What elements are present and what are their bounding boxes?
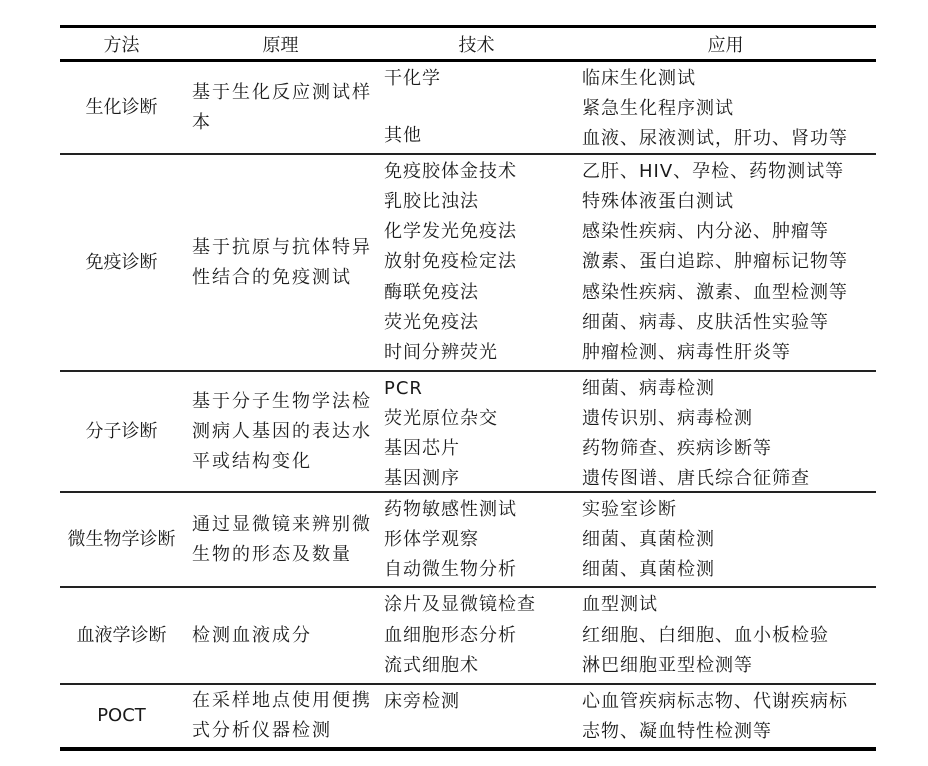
technique-cell: 涂片及显微镜检查 血细胞形态分析 流式细胞术: [378, 588, 575, 683]
application-item: 红细胞、白细胞、血小板检验: [582, 621, 876, 651]
technique-item: 自动微生物分析: [384, 555, 575, 585]
technique-item: 药物敏感性测试: [384, 495, 575, 525]
table-row: POCT 在采样地点使用便携式分析仪器检测 床旁检测 心血管疾病标志物、代谢疾病…: [60, 685, 876, 747]
application-item: 志物、凝血特性检测等: [582, 717, 876, 747]
table-row: 血液学诊断 检测血液成分 涂片及显微镜检查 血细胞形态分析 流式细胞术 血型测试…: [60, 588, 876, 683]
application-item: 细菌、病毒检测: [582, 374, 876, 404]
application-item: 实验室诊断: [582, 495, 876, 525]
technique-cell: 免疫胶体金技术 乳胶比浊法 化学发光免疫法 放射免疫检定法 酶联免疫法 荧光免疫…: [378, 155, 575, 370]
application-item: 肿瘤检测、病毒性肝炎等: [582, 338, 876, 368]
header-method: 方法: [60, 31, 183, 57]
technique-item: 放射免疫检定法: [384, 247, 575, 277]
application-item: 遗传图谱、唐氏综合征筛查: [582, 464, 876, 494]
application-cell: 血型测试 红细胞、白细胞、血小板检验 淋巴细胞亚型检测等: [575, 588, 876, 683]
technique-item: 基因芯片: [384, 434, 575, 464]
technique-item: 时间分辨荧光: [384, 338, 575, 368]
application-item: 特殊体液蛋白测试: [582, 187, 876, 217]
application-item: 激素、蛋白追踪、肿瘤标记物等: [582, 247, 876, 277]
technique-item: 涂片及显微镜检查: [384, 590, 575, 620]
table-row: 免疫诊断 基于抗原与抗体特异性结合的免疫测试 免疫胶体金技术 乳胶比浊法 化学发…: [60, 155, 876, 370]
application-item: 心血管疾病标志物、代谢疾病标: [582, 687, 876, 717]
header-application: 应用: [575, 31, 876, 57]
application-item: 感染性疾病、激素、血型检测等: [582, 278, 876, 308]
table-bottom-rule: [60, 747, 876, 751]
application-item: 淋巴细胞亚型检测等: [582, 651, 876, 681]
technique-item: 血细胞形态分析: [384, 621, 575, 651]
technique-item: PCR: [384, 374, 575, 404]
technique-item: [384, 717, 575, 745]
application-item: 细菌、真菌检测: [582, 555, 876, 585]
application-cell: 细菌、病毒检测 遗传识别、病毒检测 药物筛查、疾病诊断等 遗传图谱、唐氏综合征筛…: [575, 372, 876, 491]
technique-item: 流式细胞术: [384, 651, 575, 681]
technique-item: 免疫胶体金技术: [384, 157, 575, 187]
table-row: 生化诊断 基于生化反应测试样本 干化学 其他 临床生化测试 紧急生化程序测试 血…: [60, 62, 876, 153]
application-cell: 心血管疾病标志物、代谢疾病标 志物、凝血特性检测等: [575, 685, 876, 747]
application-item: 细菌、真菌检测: [582, 525, 876, 555]
technique-item: 形体学观察: [384, 525, 575, 555]
method-cell: 分子诊断: [60, 372, 183, 491]
technique-item: [384, 94, 575, 121]
application-item: 血型测试: [582, 590, 876, 620]
technique-item: 干化学: [384, 64, 575, 94]
application-item: 细菌、病毒、皮肤活性实验等: [582, 308, 876, 338]
principle-cell: 基于抗原与抗体特异性结合的免疫测试: [183, 155, 378, 370]
application-cell: 实验室诊断 细菌、真菌检测 细菌、真菌检测: [575, 493, 876, 586]
table-row: 微生物学诊断 通过显微镜来辨别微生物的形态及数量 药物敏感性测试 形体学观察 自…: [60, 493, 876, 586]
application-item: 临床生化测试: [582, 64, 876, 94]
principle-cell: 通过显微镜来辨别微生物的形态及数量: [183, 493, 378, 586]
table-row: 分子诊断 基于分子生物学法检测病人基因的表达水平或结构变化 PCR 荧光原位杂交…: [60, 372, 876, 491]
technique-cell: 床旁检测: [378, 685, 575, 747]
application-cell: 临床生化测试 紧急生化程序测试 血液、尿液测试，肝功、肾功等: [575, 62, 876, 153]
header-technique: 技术: [378, 31, 575, 57]
technique-cell: PCR 荧光原位杂交 基因芯片 基因测序: [378, 372, 575, 491]
method-cell: 生化诊断: [60, 62, 183, 153]
table-header-row: 方法 原理 技术 应用: [60, 28, 876, 59]
technique-item: 基因测序: [384, 464, 575, 494]
technique-item: 乳胶比浊法: [384, 187, 575, 217]
principle-cell: 在采样地点使用便携式分析仪器检测: [183, 685, 378, 747]
application-item: 紧急生化程序测试: [582, 94, 876, 124]
principle-cell: 基于生化反应测试样本: [183, 62, 378, 153]
application-item: 乙肝、HIV、孕检、药物测试等: [582, 157, 876, 187]
application-item: 血液、尿液测试，肝功、肾功等: [582, 124, 876, 154]
diagnostics-table: 方法 原理 技术 应用 生化诊断 基于生化反应测试样本 干化学 其他 临床生化测…: [60, 25, 876, 751]
method-cell: POCT: [60, 685, 183, 747]
method-cell: 微生物学诊断: [60, 493, 183, 586]
technique-item: 荧光免疫法: [384, 308, 575, 338]
technique-item: 床旁检测: [384, 687, 575, 717]
technique-cell: 干化学 其他: [378, 62, 575, 153]
technique-item: 酶联免疫法: [384, 278, 575, 308]
header-principle: 原理: [183, 31, 378, 57]
method-cell: 血液学诊断: [60, 588, 183, 683]
method-cell: 免疫诊断: [60, 155, 183, 370]
application-item: 药物筛查、疾病诊断等: [582, 434, 876, 464]
application-item: 感染性疾病、内分泌、肿瘤等: [582, 217, 876, 247]
technique-cell: 药物敏感性测试 形体学观察 自动微生物分析: [378, 493, 575, 586]
technique-item: 其他: [384, 121, 575, 151]
principle-cell: 基于分子生物学法检测病人基因的表达水平或结构变化: [183, 372, 378, 491]
principle-cell: 检测血液成分: [183, 588, 378, 683]
technique-item: 荧光原位杂交: [384, 404, 575, 434]
application-cell: 乙肝、HIV、孕检、药物测试等 特殊体液蛋白测试 感染性疾病、内分泌、肿瘤等 激…: [575, 155, 876, 370]
technique-item: 化学发光免疫法: [384, 217, 575, 247]
application-item: 遗传识别、病毒检测: [582, 404, 876, 434]
